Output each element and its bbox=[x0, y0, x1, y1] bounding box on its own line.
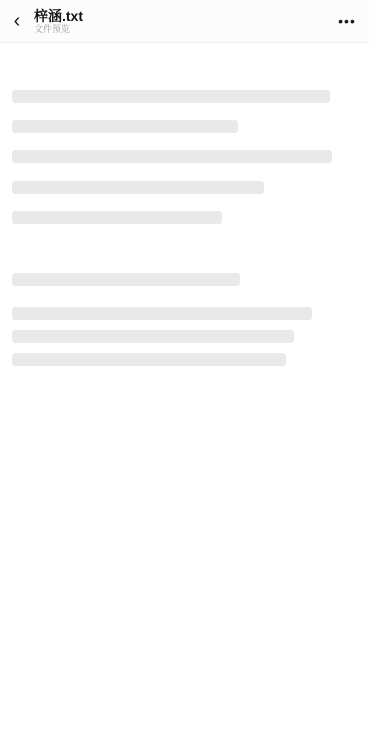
redacted-text-line bbox=[12, 211, 222, 224]
redacted-text-line bbox=[12, 353, 286, 366]
more-menu-icon[interactable]: ••• bbox=[325, 13, 369, 29]
file-content-redacted bbox=[0, 43, 369, 63]
redacted-text-line bbox=[12, 120, 238, 133]
back-icon[interactable]: ‹ bbox=[0, 0, 34, 42]
redacted-text-line bbox=[12, 273, 240, 286]
file-preview-screen: ‹ 梓涵.txt 文件预览 ••• bbox=[0, 0, 369, 730]
redacted-text-line bbox=[12, 150, 332, 163]
header-titles: 梓涵.txt 文件预览 bbox=[34, 8, 325, 34]
redacted-text-line bbox=[12, 307, 312, 320]
redacted-text-line bbox=[12, 181, 264, 194]
redacted-text-line bbox=[12, 90, 330, 103]
file-title: 梓涵.txt bbox=[34, 8, 325, 24]
redacted-text-line bbox=[12, 330, 294, 343]
file-preview-label: 文件预览 bbox=[34, 24, 325, 34]
header-bar: ‹ 梓涵.txt 文件预览 ••• bbox=[0, 0, 369, 43]
